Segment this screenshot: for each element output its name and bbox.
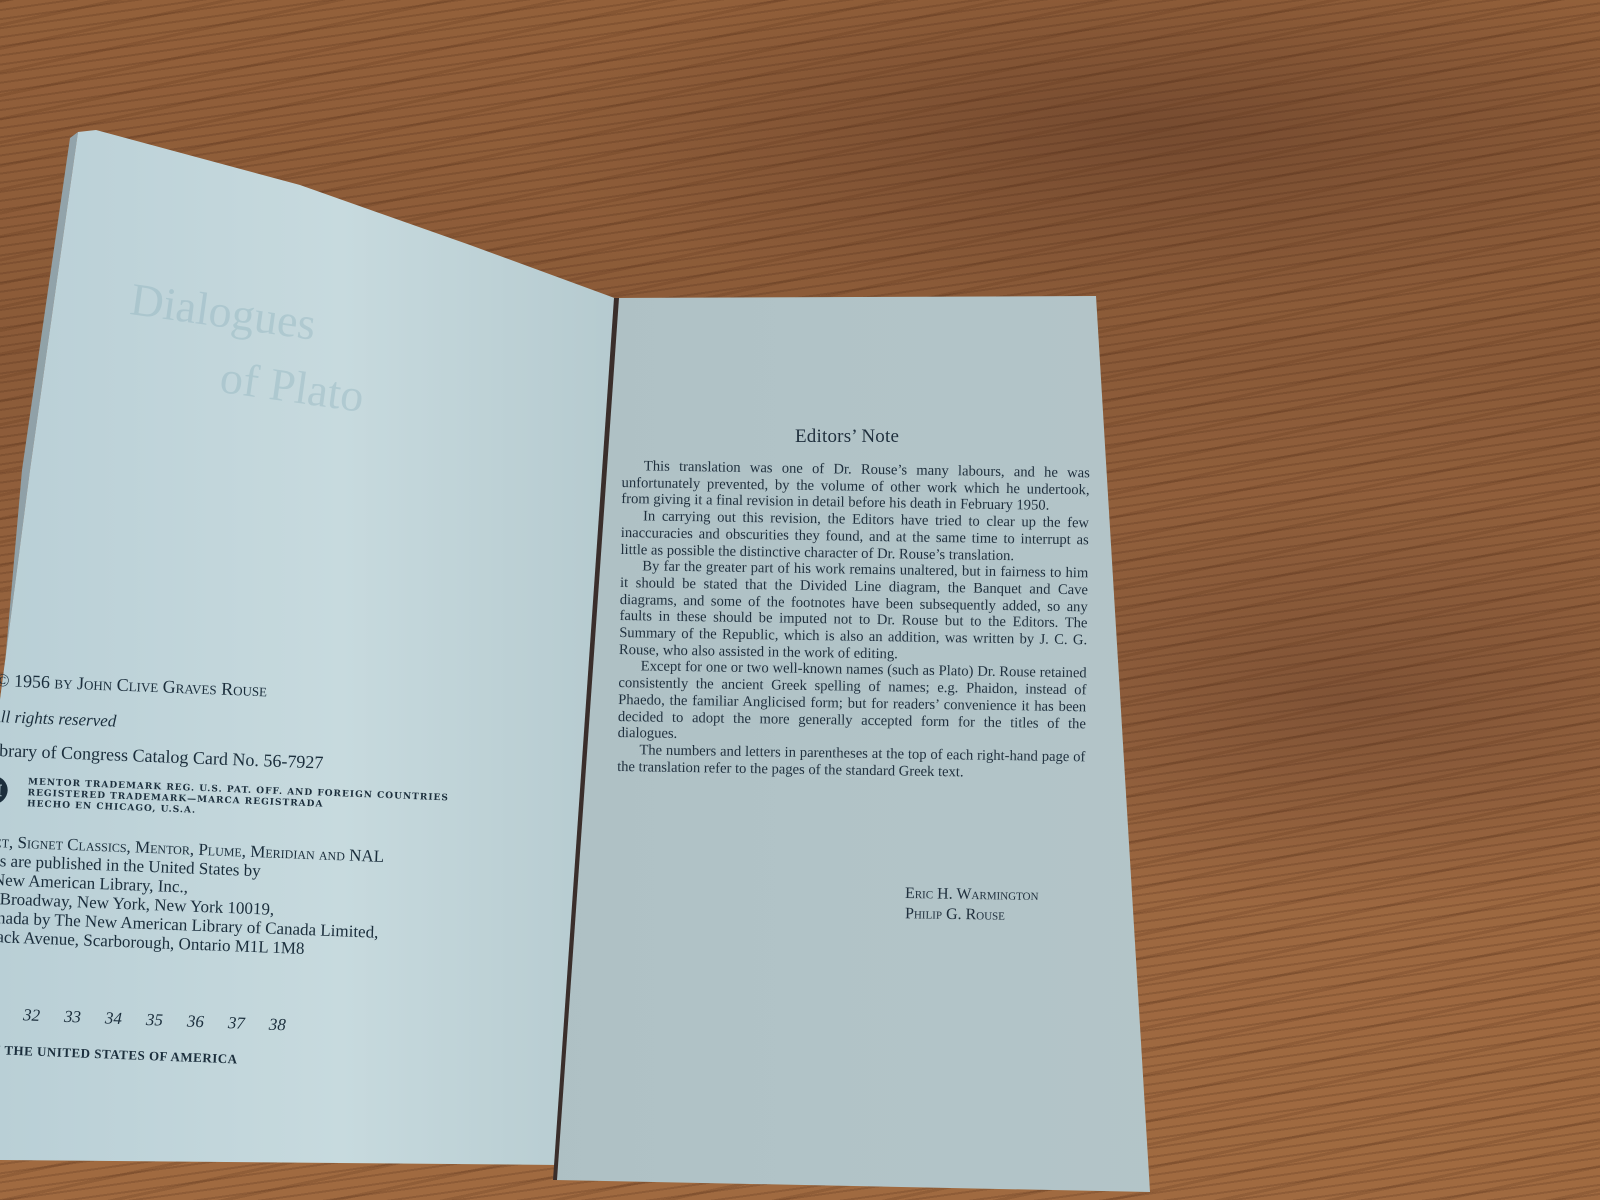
- printing-number: 37: [228, 1013, 270, 1035]
- paragraph: In carrying out this revision, the Edito…: [620, 508, 1089, 565]
- printing-number: 33: [64, 1007, 106, 1029]
- signatory: Eric H. Warmington: [905, 885, 1039, 905]
- page-title: Editors’ Note: [795, 426, 899, 448]
- paragraph: By far the greater part of his work rema…: [619, 558, 1089, 666]
- printing-number: 34: [105, 1008, 147, 1030]
- printing-number: 38: [268, 1015, 310, 1037]
- editors-note-body: This translation was one of Dr. Rouse’s …: [617, 458, 1090, 783]
- paragraph: Except for one or two well-known names (…: [618, 658, 1087, 749]
- printing-number: 32: [23, 1005, 65, 1027]
- printing-number: 36: [187, 1012, 229, 1034]
- paragraph: This translation was one of Dr. Rouse’s …: [621, 458, 1090, 515]
- printing-number: 35: [146, 1010, 188, 1032]
- signatory: Philip G. Rouse: [905, 905, 1005, 925]
